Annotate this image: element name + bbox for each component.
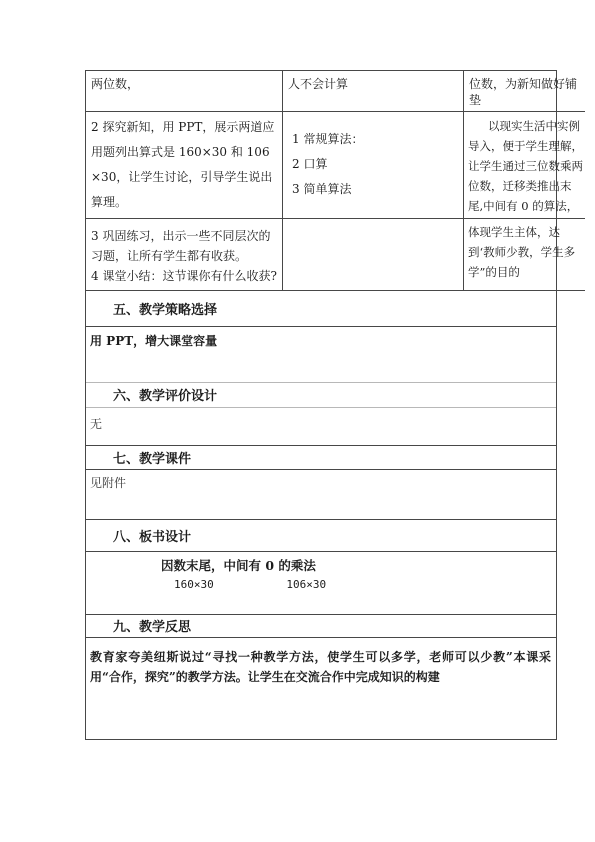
- cell-design-intent-2: 以现实生活中实例导入，便于学生理解，让学生通过三位数乘两位数，迁移类推出末尾,中…: [464, 111, 586, 218]
- section-content-evaluation: 无: [86, 408, 556, 446]
- section-content-courseware: 见附件: [86, 470, 556, 520]
- cell-teaching-activity-1: 两位数，: [86, 71, 283, 111]
- section-heading-evaluation: 六、教学评价设计: [86, 382, 556, 408]
- table-row: 两位数， 人不会计算 位数，为新知做好铺垫: [86, 71, 585, 111]
- board-expression-left: 160×30: [174, 578, 214, 591]
- cell-design-intent-3: 体现学生主体，达到‘教师少教，学生多学”的目的: [464, 218, 586, 290]
- document-page: 两位数， 人不会计算 位数，为新知做好铺垫 2 探究新知，用 PPT，展示两道应…: [0, 0, 595, 842]
- cell-student-activity-2: 1 常规算法： 2 口算 3 简单算法: [283, 111, 464, 218]
- section-content-strategy: 用 PPT，增大课堂容量: [86, 327, 556, 382]
- section-heading-courseware: 七、教学课件: [86, 446, 556, 470]
- section-heading-reflection: 九、教学反思: [86, 615, 556, 638]
- cell-design-intent-1: 位数，为新知做好铺垫: [464, 71, 586, 111]
- lesson-plan-document: 两位数， 人不会计算 位数，为新知做好铺垫 2 探究新知，用 PPT，展示两道应…: [85, 70, 557, 740]
- section-content-reflection: 教育家夸美纽斯说过“寻找一种教学方法，使学生可以多学，老师可以少教”本课采用“合…: [86, 638, 556, 739]
- board-expressions: 160×30 106×30: [86, 578, 556, 591]
- section-heading-strategy: 五、教学策略选择: [86, 291, 556, 327]
- cell-teaching-activity-2: 2 探究新知，用 PPT，展示两道应用题列出算式是 160×30 和 106×3…: [86, 111, 283, 218]
- section-content-board-design: 因数末尾，中间有 0 的乘法 160×30 106×30: [86, 552, 556, 615]
- section-heading-board-design: 八、板书设计: [86, 520, 556, 552]
- table-row: 3 巩固练习，出示一些不同层次的习题，让所有学生都有收获。 4 课堂小结：这节课…: [86, 218, 585, 290]
- table-row: 2 探究新知，用 PPT，展示两道应用题列出算式是 160×30 和 106×3…: [86, 111, 585, 218]
- board-expression-right: 106×30: [286, 578, 326, 591]
- cell-student-activity-1: 人不会计算: [283, 71, 464, 111]
- cell-teaching-activity-3: 3 巩固练习，出示一些不同层次的习题，让所有学生都有收获。 4 课堂小结：这节课…: [86, 218, 283, 290]
- cell-student-activity-3: [283, 218, 464, 290]
- teaching-process-table: 两位数， 人不会计算 位数，为新知做好铺垫 2 探究新知，用 PPT，展示两道应…: [86, 71, 585, 291]
- board-title: 因数末尾，中间有 0 的乘法: [161, 556, 556, 574]
